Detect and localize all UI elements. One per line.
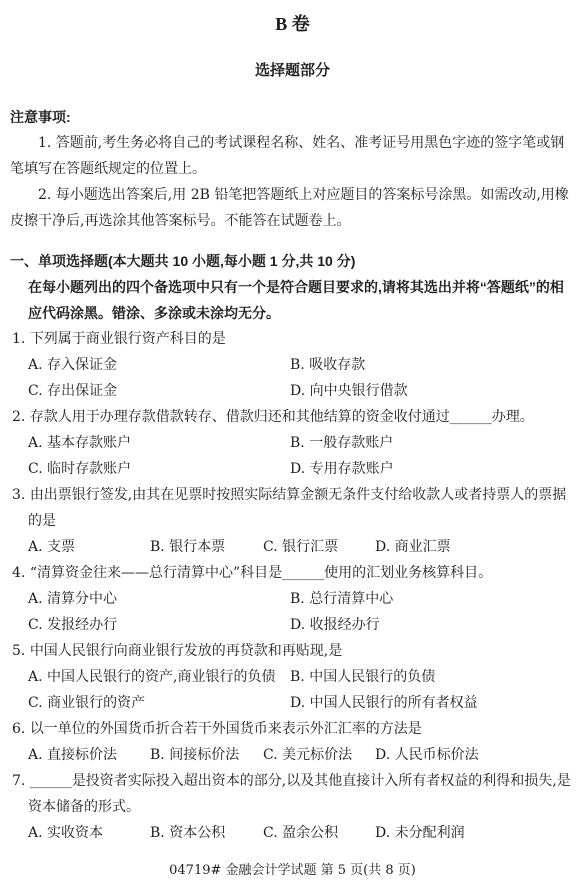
question-stem: 中国人民银行向商业银行发放的再贷款和再贴现,是 — [30, 643, 342, 659]
option-c: C. 银行汇票 — [263, 534, 375, 560]
question-3: 3. 由出票银行签发,由其在见票时按照实际结算金额无条件支付给收款人或者持票人的… — [10, 482, 575, 560]
option-a: A. 实收资本 — [28, 820, 150, 846]
option-c: C. 美元标价法 — [263, 742, 375, 768]
question-number: 1. — [12, 331, 25, 347]
question-number: 7. — [12, 773, 25, 789]
option-b: B. 吸收存款 — [290, 352, 575, 378]
question-3-stem-row: 3. 由出票银行签发,由其在见票时按照实际结算金额无条件支付给收款人或者持票人的… — [10, 482, 575, 534]
question-6: 6. 以一单位的外国货币折合若干外国货币来表示外汇汇率的方法是 A. 直接标价法… — [10, 716, 575, 768]
question-number: 5. — [12, 643, 25, 659]
question-number: 3. — [12, 487, 25, 503]
notice-section: 注意事项: 1. 答题前,考生务必将自己的考试课程名称、姓名、准考证号用黑色字迹… — [10, 104, 575, 234]
question-4: 4. “清算资金往来——总行清算中心”科目是______使用的汇划业务核算科目。… — [10, 560, 575, 638]
option-c: C. 临时存款账户 — [28, 456, 290, 482]
question-4-stem-row: 4. “清算资金往来——总行清算中心”科目是______使用的汇划业务核算科目。 — [10, 560, 575, 586]
option-b: B. 资本公积 — [150, 820, 263, 846]
option-c: C. 商业银行的资产 — [28, 690, 290, 716]
question-number: 2. — [12, 409, 25, 425]
section-heading: 一、单项选择题(本大题共 10 小题,每小题 1 分,共 10 分) — [10, 248, 575, 274]
option-d: D. 人民币标价法 — [375, 742, 575, 768]
option-c: C. 发报经办行 — [28, 612, 290, 638]
question-5-stem-row: 5. 中国人民银行向商业银行发放的再贷款和再贴现,是 — [10, 638, 575, 664]
question-3-options: A. 支票 B. 银行本票 C. 银行汇票 D. 商业汇票 — [10, 534, 575, 560]
option-d: D. 收报经办行 — [290, 612, 575, 638]
notice-item-2: 2. 每小题选出答案后,用 2B 铅笔把答题纸上对应题目的答案标号涂黑。如需改动… — [10, 182, 575, 234]
option-a: A. 中国人民银行的资产,商业银行的负债 — [28, 664, 290, 690]
question-stem: “清算资金往来——总行清算中心”科目是______使用的汇划业务核算科目。 — [30, 565, 492, 581]
page-footer: 04719# 金融会计学试题 第 5 页(共 8 页) — [10, 858, 575, 884]
option-d: D. 未分配利润 — [375, 820, 575, 846]
option-c: C. 盈余公积 — [263, 820, 375, 846]
question-stem: ______是投资者实际投入超出资本的部分,以及其他直接计入所有者权益的利得和损… — [28, 773, 571, 815]
option-b: B. 一般存款账户 — [290, 430, 575, 456]
page-title: B 卷 — [10, 12, 575, 36]
option-c: C. 存出保证金 — [28, 378, 290, 404]
option-b: B. 中国人民银行的负债 — [290, 664, 575, 690]
question-2-stem-row: 2. 存款人用于办理存款借款转存、借款归还和其他结算的资金收付通过______办… — [10, 404, 575, 430]
question-1-options: A. 存入保证金 B. 吸收存款 C. 存出保证金 D. 向中央银行借款 — [10, 352, 575, 404]
question-7-stem-row: 7. ______是投资者实际投入超出资本的部分,以及其他直接计入所有者权益的利… — [10, 768, 575, 820]
question-7-options: A. 实收资本 B. 资本公积 C. 盈余公积 D. 未分配利润 — [10, 820, 575, 846]
question-number: 6. — [12, 721, 25, 737]
option-d: D. 向中央银行借款 — [290, 378, 575, 404]
option-b: B. 间接标价法 — [150, 742, 263, 768]
notice-heading: 注意事项: — [10, 104, 575, 130]
question-6-options: A. 直接标价法 B. 间接标价法 C. 美元标价法 D. 人民币标价法 — [10, 742, 575, 768]
question-1: 1. 下列属于商业银行资产科目的是 A. 存入保证金 B. 吸收存款 C. 存出… — [10, 326, 575, 404]
option-b: B. 银行本票 — [150, 534, 263, 560]
question-4-options: A. 清算分中心 B. 总行清算中心 C. 发报经办行 D. 收报经办行 — [10, 586, 575, 638]
option-a: A. 直接标价法 — [28, 742, 150, 768]
question-5: 5. 中国人民银行向商业银行发放的再贷款和再贴现,是 A. 中国人民银行的资产,… — [10, 638, 575, 716]
question-6-stem-row: 6. 以一单位的外国货币折合若干外国货币来表示外汇汇率的方法是 — [10, 716, 575, 742]
question-stem: 以一单位的外国货币折合若干外国货币来表示外汇汇率的方法是 — [30, 721, 422, 737]
question-stem: 由出票银行签发,由其在见票时按照实际结算金额无条件支付给收款人或者持票人的票据的… — [28, 487, 566, 529]
question-stem: 下列属于商业银行资产科目的是 — [30, 331, 226, 347]
option-a: A. 支票 — [28, 534, 150, 560]
question-5-options: A. 中国人民银行的资产,商业银行的负债 B. 中国人民银行的负债 C. 商业银… — [10, 664, 575, 716]
page-subtitle: 选择题部分 — [10, 60, 575, 82]
option-d: D. 专用存款账户 — [290, 456, 575, 482]
question-number: 4. — [12, 565, 25, 581]
notice-item-1: 1. 答题前,考生务必将自己的考试课程名称、姓名、准考证号用黑色字迹的签字笔或钢… — [10, 130, 575, 182]
question-7: 7. ______是投资者实际投入超出资本的部分,以及其他直接计入所有者权益的利… — [10, 768, 575, 846]
question-2: 2. 存款人用于办理存款借款转存、借款归还和其他结算的资金收付通过______办… — [10, 404, 575, 482]
question-stem: 存款人用于办理存款借款转存、借款归还和其他结算的资金收付通过______办理。 — [30, 409, 534, 425]
question-2-options: A. 基本存款账户 B. 一般存款账户 C. 临时存款账户 D. 专用存款账户 — [10, 430, 575, 482]
option-d: D. 中国人民银行的所有者权益 — [290, 690, 575, 716]
option-a: A. 基本存款账户 — [28, 430, 290, 456]
option-a: A. 存入保证金 — [28, 352, 290, 378]
section-instruction: 在每小题列出的四个备选项中只有一个是符合题目要求的,请将其选出并将“答题纸”的相… — [28, 274, 575, 326]
option-a: A. 清算分中心 — [28, 586, 290, 612]
question-1-stem-row: 1. 下列属于商业银行资产科目的是 — [10, 326, 575, 352]
option-b: B. 总行清算中心 — [290, 586, 575, 612]
exam-page: B 卷 选择题部分 注意事项: 1. 答题前,考生务必将自己的考试课程名称、姓名… — [0, 12, 585, 884]
option-d: D. 商业汇票 — [375, 534, 575, 560]
